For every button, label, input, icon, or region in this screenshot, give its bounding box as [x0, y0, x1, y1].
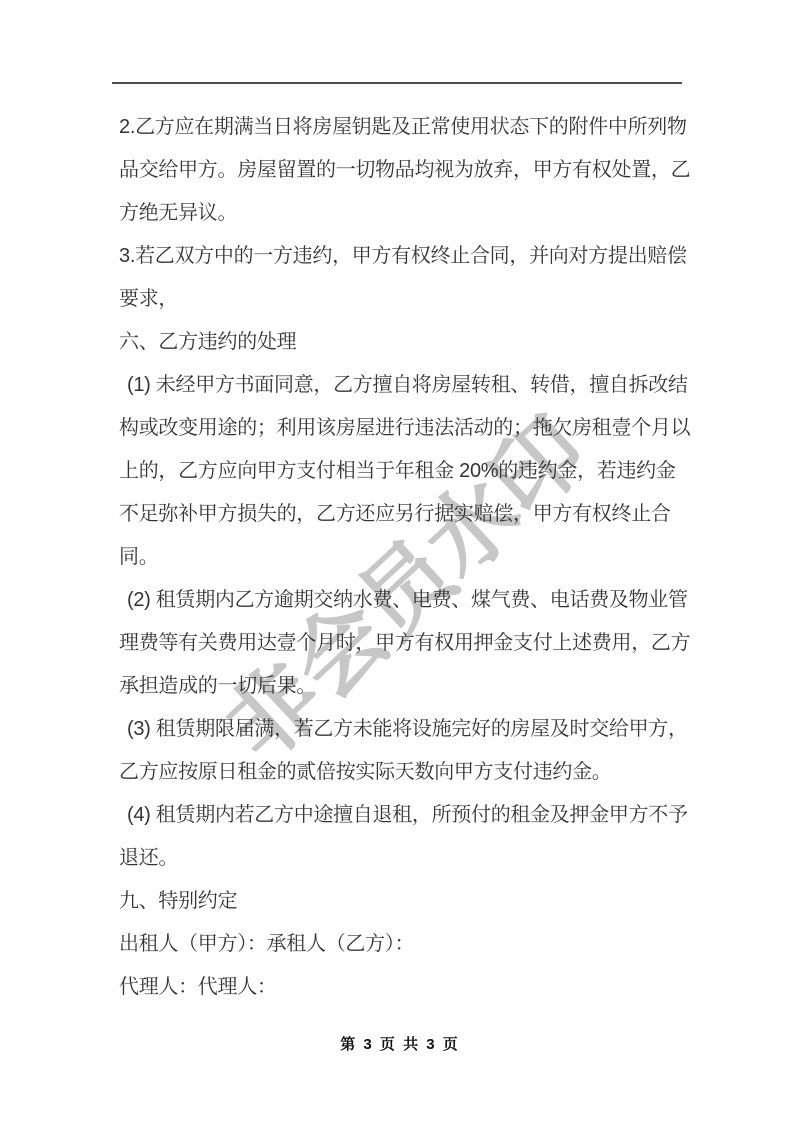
signature-line-agents: 代理人：代理人：	[119, 966, 691, 1009]
clause-3-late-handover-penalty: (3) 租赁期限届满，若乙方未能将设施完好的房屋及时交给甲方，乙方应按原日租金的…	[119, 708, 691, 794]
page-footer: 第 3 页 共 3 页	[0, 1033, 800, 1054]
header-divider	[112, 82, 682, 84]
signature-line-parties: 出租人（甲方）：承租人（乙方）：	[119, 923, 691, 966]
paragraph-key-return: 2.乙方应在期满当日将房屋钥匙及正常使用状态下的附件中所列物品交给甲方。房屋留置…	[119, 106, 691, 235]
document-page: 非会员水印 2.乙方应在期满当日将房屋钥匙及正常使用状态下的附件中所列物品交给甲…	[0, 0, 800, 1131]
page-number-label: 第 3 页 共 3 页	[340, 1036, 460, 1053]
paragraph-breach-compensation: 3.若乙双方中的一方违约，甲方有权终止合同，并向对方提出赔偿要求，	[119, 235, 691, 321]
section-heading-nine: 九、特别约定	[119, 880, 691, 923]
section-heading-six: 六、乙方违约的处理	[119, 321, 691, 364]
clause-4-early-termination: (4) 租赁期内若乙方中途擅自退租，所预付的租金及押金甲方不予退还。	[119, 794, 691, 880]
contract-body: 2.乙方应在期满当日将房屋钥匙及正常使用状态下的附件中所列物品交给甲方。房屋留置…	[119, 106, 691, 1009]
clause-1-sublet-penalty: (1) 未经甲方书面同意，乙方擅自将房屋转租、转借，擅自拆改结构或改变用途的；利…	[119, 364, 691, 579]
clause-2-overdue-fees: (2) 租赁期内乙方逾期交纳水费、电费、煤气费、电话费及物业管理费等有关费用达壹…	[119, 579, 691, 708]
